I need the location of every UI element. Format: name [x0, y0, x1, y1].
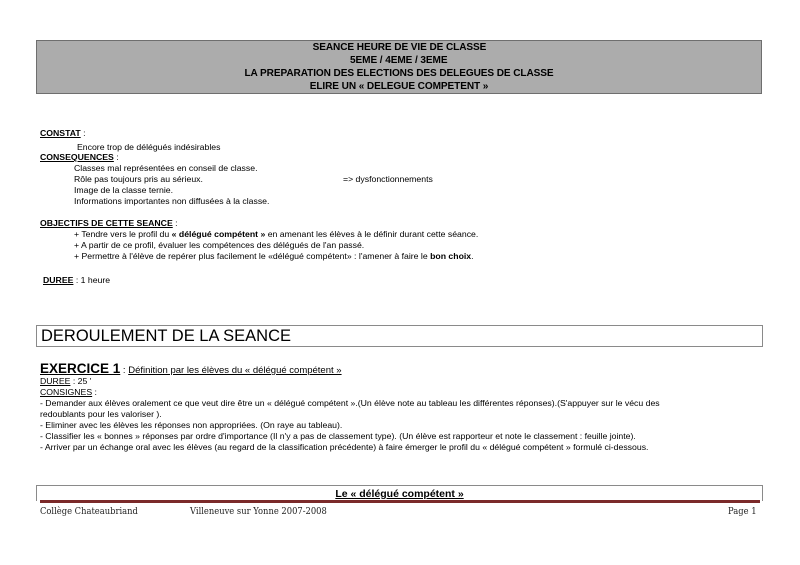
consequence-item: Rôle pas toujours pris au sérieux. — [74, 174, 203, 185]
constat-label: CONSTAT — [40, 128, 81, 138]
title-line-1: SEANCE HEURE DE VIE DE CLASSE — [312, 41, 486, 54]
title-line-3: LA PREPARATION DES ELECTIONS DES DELEGUE… — [244, 67, 553, 80]
consigne-line: - Eliminer avec les élèves les réponses … — [40, 420, 342, 431]
constat-heading: CONSTAT : — [40, 128, 86, 139]
consequence-item: Image de la classe ternie. — [74, 185, 173, 196]
profile-box: Le « délégué compétent » — [36, 485, 763, 501]
section-title-box: DEROULEMENT DE LA SEANCE — [36, 325, 763, 347]
title-line-2: 5EME / 4EME / 3EME — [350, 54, 447, 67]
document-title-box: SEANCE HEURE DE VIE DE CLASSE 5EME / 4EM… — [36, 40, 762, 94]
exercise-duree: DUREE : 25 ' — [40, 376, 91, 387]
consequences-result: => dysfonctionnements — [343, 174, 433, 185]
exercise-subtitle: Définition par les élèves du « délégué c… — [128, 365, 341, 376]
profile-title: Le « délégué compétent » — [335, 488, 463, 500]
objectif-item: + Permettre à l'élève de repérer plus fa… — [74, 251, 474, 262]
consequence-item: Classes mal représentées en conseil de c… — [74, 163, 258, 174]
consigne-line: redoublants pour les valoriser ). — [40, 409, 162, 420]
objectifs-heading: OBJECTIFS DE CETTE SEANCE : — [40, 218, 178, 229]
consequence-item: Informations importantes non diffusées à… — [74, 196, 269, 207]
duree-label: DUREE — [43, 275, 73, 285]
exercise-consignes-heading: CONSIGNES : — [40, 387, 97, 398]
footer-page-number: Page 1 — [728, 506, 757, 517]
footer-rule — [40, 500, 760, 503]
footer-location: Villeneuve sur Yonne 2007-2008 — [190, 506, 327, 517]
consequences-heading: CONSEQUENCES : — [40, 152, 119, 163]
footer-school: Collège Chateaubriand — [40, 506, 138, 517]
duree-value: 1 heure — [81, 275, 110, 285]
consigne-line: - Arriver par un échange oral avec les é… — [40, 442, 648, 453]
duree-line: DUREE : 1 heure — [43, 275, 110, 286]
objectif-item: + Tendre vers le profil du « délégué com… — [74, 229, 478, 240]
objectif-item: + A partir de ce profil, évaluer les com… — [74, 240, 364, 251]
objectifs-label: OBJECTIFS DE CETTE SEANCE — [40, 218, 173, 228]
consequences-label: CONSEQUENCES — [40, 152, 114, 162]
consigne-line: - Demander aux élèves oralement ce que v… — [40, 398, 660, 409]
section-title: DEROULEMENT DE LA SEANCE — [41, 327, 291, 345]
title-line-4: ELIRE UN « DELEGUE COMPETENT » — [310, 80, 489, 93]
exercise-title: EXERCICE 1 — [40, 361, 120, 376]
consigne-line: - Classifier les « bonnes » réponses par… — [40, 431, 636, 442]
